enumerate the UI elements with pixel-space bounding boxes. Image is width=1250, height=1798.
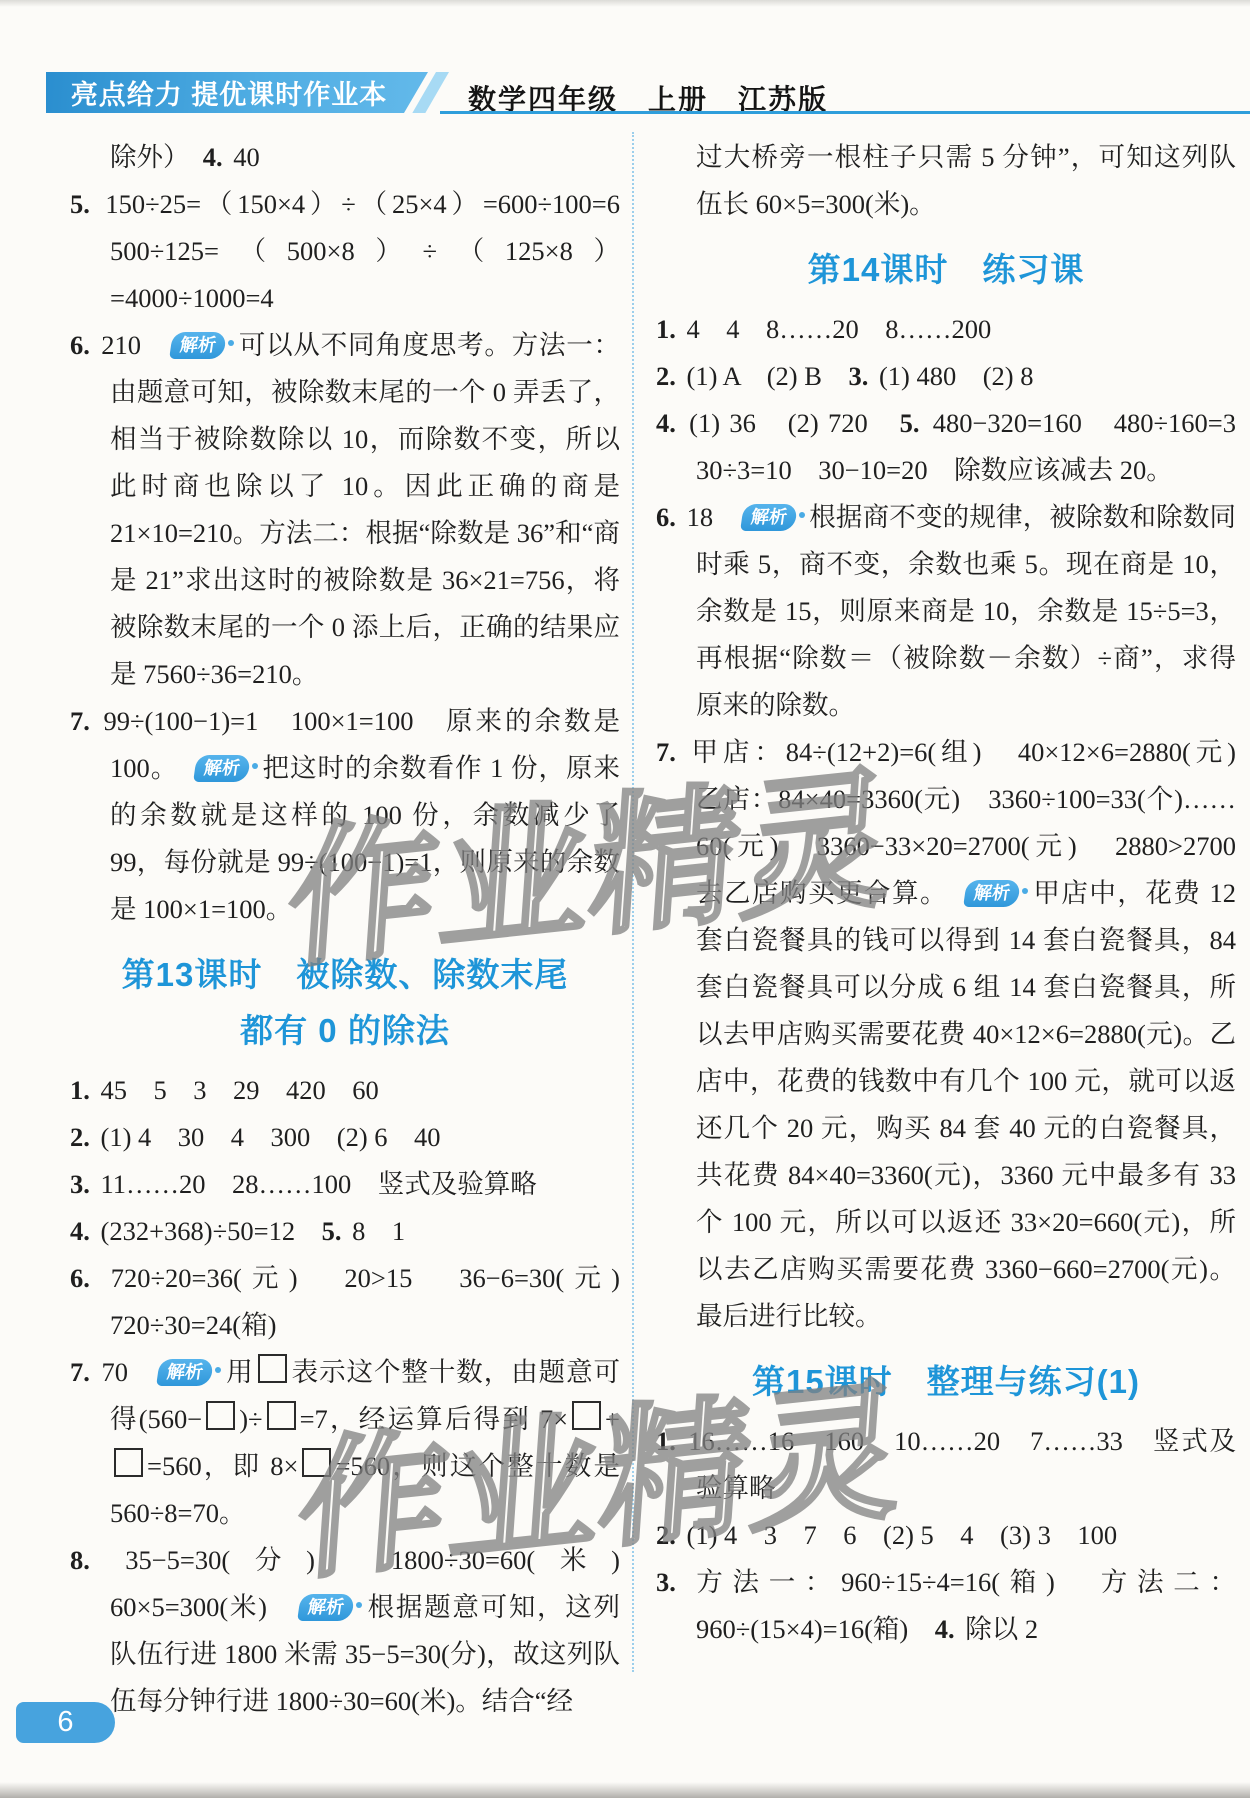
item-number: 8.: [70, 1545, 94, 1575]
item-number: 5.: [900, 408, 924, 438]
analysis-badge-dot-icon: [228, 340, 234, 346]
answer-item: 1. 16……16 160 10……20 7……33 竖式及验算略: [656, 1418, 1236, 1512]
analysis-badge-dot-icon: [799, 512, 805, 518]
answer-item: 6. 720÷20=36(元) 20>15 36−6=30(元) 720÷30=…: [70, 1255, 620, 1349]
answer-item: 6. 210 解析可以从不同角度思考。方法一：由题意可知，被除数末尾的一个 0 …: [70, 322, 620, 698]
answer-item: 1. 45 5 3 29 420 60: [70, 1067, 620, 1114]
item-number: 3.: [848, 361, 872, 391]
analysis-badge-dot-icon: [252, 763, 258, 769]
blank-box: [206, 1401, 235, 1430]
section-heading-line: 第14课时 练习课: [656, 242, 1236, 298]
item-number: 1.: [70, 1075, 94, 1105]
item-number: 3.: [70, 1169, 94, 1199]
item-number: 2.: [656, 1520, 680, 1550]
blank-box: [302, 1448, 331, 1477]
section-heading: 第14课时 练习课: [656, 242, 1236, 298]
item-number: 4.: [935, 1614, 959, 1644]
answer-item: 2. (1) 4 30 4 300 (2) 6 40: [70, 1114, 620, 1161]
section-heading-line: 第13课时 被除数、除数末尾: [70, 947, 620, 1003]
left-column: 除外） 4. 405. 150÷25=（150×4）÷（25×4）=600÷10…: [70, 134, 620, 1725]
workbook-answer-page: 亮点给力 提优课时作业本 数学四年级 上册 江苏版 作业精灵 作业精灵 除外） …: [0, 0, 1250, 1798]
analysis-badge: 解析: [169, 332, 227, 359]
answer-item: 7. 70 解析用表示这个整十数，由题意可得(560−)÷=7，经运算后得到 7…: [70, 1349, 620, 1537]
answer-item: 4. (232+368)÷50=12 5. 8 1: [70, 1208, 620, 1255]
analysis-badge-dot-icon: [1022, 888, 1028, 894]
brand-banner: 亮点给力 提优课时作业本: [46, 72, 428, 113]
analysis-badge-dot-icon: [356, 1602, 362, 1608]
answer-item: 3. 11……20 28……100 竖式及验算略: [70, 1161, 620, 1208]
answer-item: 6. 18 解析根据商不变的规律，被除数和除数同时乘 5，商不变，余数也乘 5。…: [656, 494, 1236, 729]
analysis-badge: 解析: [740, 504, 798, 531]
continued-answer-text: 过大桥旁一根柱子只需 5 分钟”，可知这列队伍长 60×5=300(米)。: [656, 134, 1236, 228]
answer-item: 1. 4 4 8……20 8……200: [656, 306, 1236, 353]
answer-item: 7. 99÷(100−1)=1 100×1=100 原来的余数是 100。 解析…: [70, 698, 620, 933]
header-rule: [440, 111, 1250, 114]
answer-item: 4. (1) 36 (2) 720 5. 480−320=160 480÷160…: [656, 400, 1236, 494]
item-number: 5.: [322, 1216, 346, 1246]
item-number: 7.: [656, 737, 680, 767]
answer-item: 8. 35−5=30(分) 1800÷30=60(米) 60×5=300(米) …: [70, 1537, 620, 1725]
blank-box: [572, 1401, 601, 1430]
item-number: 6.: [70, 330, 94, 360]
analysis-badge: 解析: [963, 880, 1021, 907]
blank-box: [114, 1448, 143, 1477]
page-top-edge: [0, 0, 1250, 7]
page-number: 6: [57, 1706, 73, 1739]
continued-answer-text: 除外） 4. 40: [70, 134, 620, 181]
right-column: 过大桥旁一根柱子只需 5 分钟”，可知这列队伍长 60×5=300(米)。第14…: [656, 134, 1236, 1653]
item-number: 1.: [656, 1426, 680, 1456]
item-number: 4.: [656, 408, 680, 438]
item-number: 2.: [656, 361, 680, 391]
section-heading-line: 都有 0 的除法: [70, 1003, 620, 1059]
item-number: 4.: [70, 1216, 94, 1246]
analysis-badge: 解析: [156, 1359, 214, 1386]
item-number: 1.: [656, 314, 680, 344]
answer-item: 2. (1) 4 3 7 6 (2) 5 4 (3) 3 100: [656, 1512, 1236, 1559]
brand-name: 亮点给力 提优课时作业本: [71, 73, 388, 112]
column-divider: [632, 132, 634, 1672]
analysis-badge: 解析: [297, 1594, 355, 1621]
item-number: 6.: [70, 1263, 94, 1293]
blank-box: [258, 1354, 287, 1383]
page-number-badge: 6: [16, 1702, 115, 1743]
answer-item: 5. 150÷25=（150×4）÷（25×4）=600÷100=6 500÷1…: [70, 181, 620, 322]
item-number: 4.: [203, 142, 227, 172]
answer-item: 3. 方法一：960÷15÷4=16(箱) 方法二：960÷(15×4)=16(…: [656, 1559, 1236, 1653]
item-number: 5.: [70, 189, 94, 219]
section-heading-line: 第15课时 整理与练习(1): [656, 1354, 1236, 1410]
page-bottom-edge: [0, 1782, 1250, 1798]
section-heading: 第15课时 整理与练习(1): [656, 1354, 1236, 1410]
analysis-badge: 解析: [193, 755, 251, 782]
answer-item: 7. 甲店：84÷(12+2)=6(组) 40×12×6=2880(元) 乙店：…: [656, 729, 1236, 1340]
answer-item: 2. (1) A (2) B 3. (1) 480 (2) 8: [656, 353, 1236, 400]
item-number: 3.: [656, 1567, 680, 1597]
section-heading: 第13课时 被除数、除数末尾都有 0 的除法: [70, 947, 620, 1059]
analysis-badge-dot-icon: [215, 1367, 221, 1373]
item-number: 7.: [70, 1357, 94, 1387]
item-number: 2.: [70, 1122, 94, 1152]
item-number: 6.: [656, 502, 680, 532]
blank-box: [267, 1401, 296, 1430]
item-number: 7.: [70, 706, 94, 736]
